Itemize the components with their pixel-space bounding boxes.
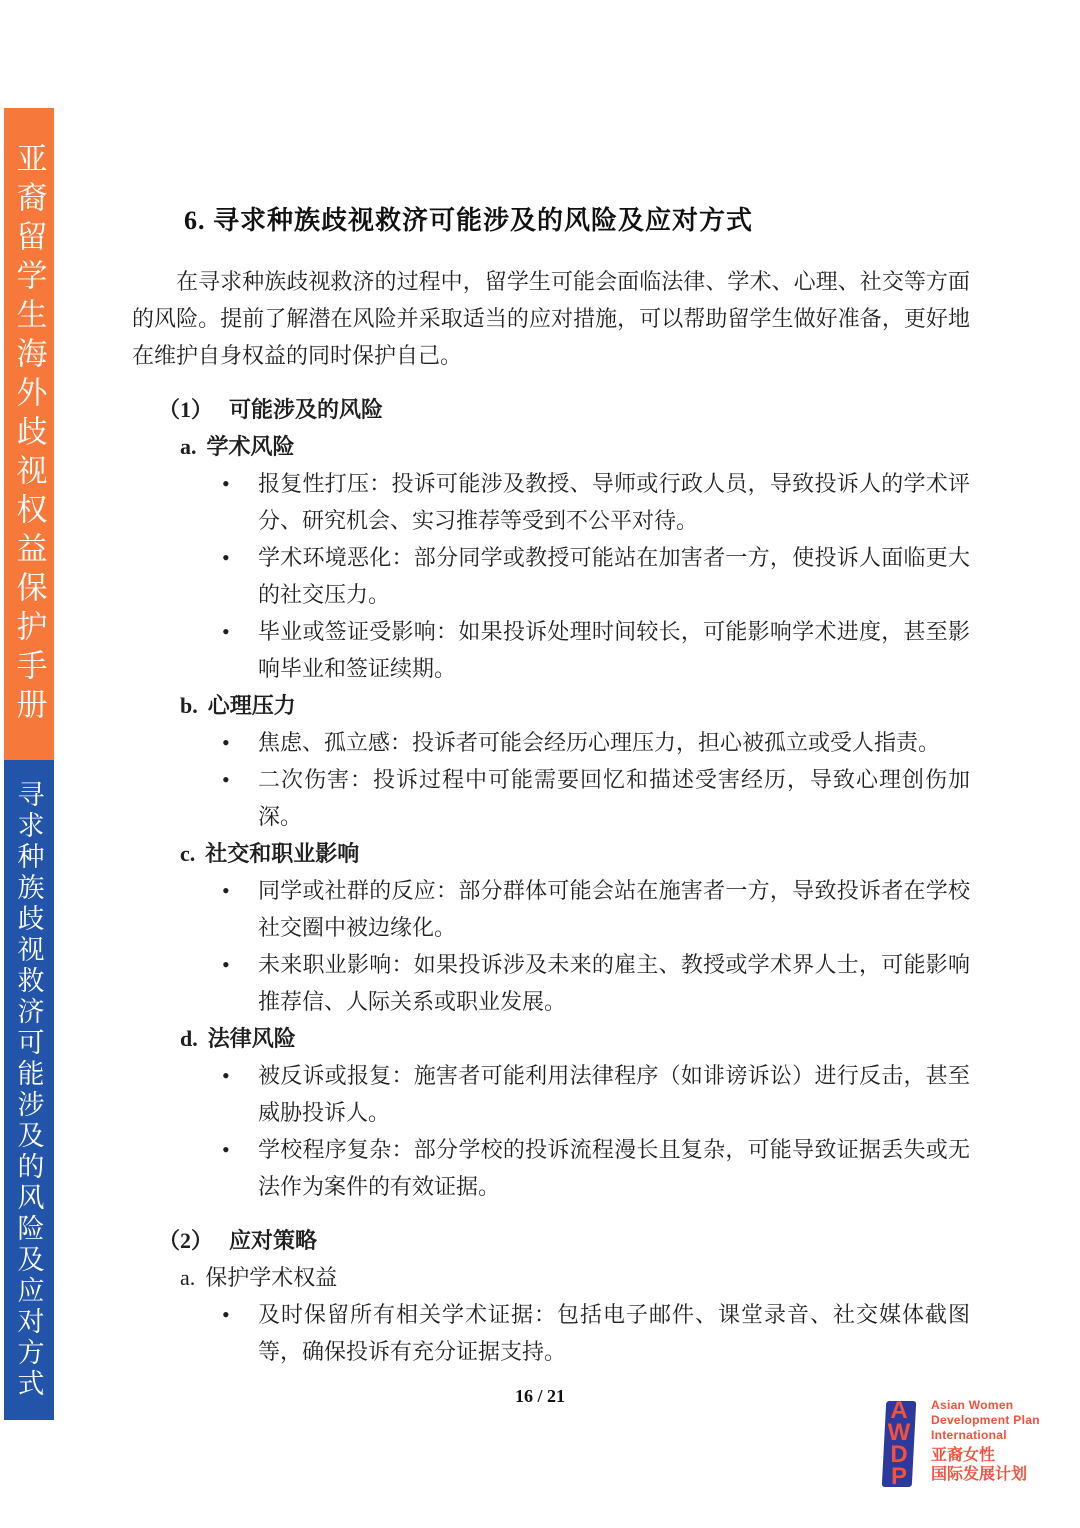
logo-en-line: International xyxy=(931,1428,1040,1443)
awdp-logo-letters: A W D P xyxy=(888,1400,911,1488)
group-a-list: 报复性打压：投诉可能涉及教授、导师或行政人员，导致投诉人的学术评分、研究机会、实… xyxy=(132,465,970,687)
list-item: 学术环境恶化：部分同学或教授可能站在加害者一方，使投诉人面临更大的社交压力。 xyxy=(132,539,970,613)
sidebar-band-top: 亚裔留学生海外歧视权益保护手册 xyxy=(4,108,54,760)
sidebar-band-top-text: 亚裔留学生海外歧视权益保护手册 xyxy=(7,142,52,727)
main-content: 6. 寻求种族歧视救济可能涉及的风险及应对方式 在寻求种族歧视救济的过程中，留学… xyxy=(132,200,970,1370)
list-item: 未来职业影响：如果投诉涉及未来的雇主、教授或学术界人士，可能影响推荐信、人际关系… xyxy=(132,946,970,1020)
logo-letter: P xyxy=(888,1466,911,1488)
list-item: 焦虑、孤立感：投诉者可能会经历心理压力，担心被孤立或受人指责。 xyxy=(132,724,970,761)
part1-heading: （1）可能涉及的风险 xyxy=(158,391,970,428)
sidebar-band-bottom: 寻求种族歧视救济可能涉及的风险及应对方式 xyxy=(4,760,54,1420)
list-item: 学校程序复杂：部分学校的投诉流程漫长且复杂，可能导致证据丢失或无法作为案件的有效… xyxy=(132,1131,970,1205)
part2-group-a-list: 及时保留所有相关学术证据：包括电子邮件、课堂录音、社交媒体截图等，确保投诉有充分… xyxy=(132,1296,970,1370)
group-c-heading-text: 社交和职业影响 xyxy=(205,841,359,866)
list-item: 被反诉或报复：施害者可能利用法律程序（如诽谤诉讼）进行反击，甚至威胁投诉人。 xyxy=(132,1057,970,1131)
group-a-label: a. xyxy=(180,434,197,459)
part2-group-a-heading-text: 保护学术权益 xyxy=(205,1265,337,1290)
awdp-logo-text: Asian Women Development Plan Internation… xyxy=(931,1398,1040,1484)
group-b-label: b. xyxy=(180,693,198,718)
part1-heading-text: 可能涉及的风险 xyxy=(229,397,383,422)
sidebar-band-bottom-text: 寻求种族歧视救济可能涉及的风险及应对方式 xyxy=(10,780,49,1400)
group-c-list: 同学或社群的反应：部分群体可能会站在施害者一方，导致投诉者在学校社交圈中被边缘化… xyxy=(132,872,970,1020)
group-c-label: c. xyxy=(180,841,195,866)
group-d-heading: d.法律风险 xyxy=(180,1020,970,1057)
part2-group-a-heading: a.保护学术权益 xyxy=(180,1259,970,1296)
group-a-heading-text: 学术风险 xyxy=(207,434,295,459)
list-item: 报复性打压：投诉可能涉及教授、导师或行政人员，导致投诉人的学术评分、研究机会、实… xyxy=(132,465,970,539)
group-a-heading: a.学术风险 xyxy=(180,428,970,465)
group-b-heading-text: 心理压力 xyxy=(208,693,296,718)
awdp-logo-name-zh: 亚裔女性 国际发展计划 xyxy=(931,1446,1040,1484)
list-item: 毕业或签证受影响：如果投诉处理时间较长，可能影响学术进度，甚至影响毕业和签证续期… xyxy=(132,613,970,687)
group-d-heading-text: 法律风险 xyxy=(208,1026,296,1051)
group-d-label: d. xyxy=(180,1026,198,1051)
list-item: 二次伤害：投诉过程中可能需要回忆和描述受害经历，导致心理创伤加深。 xyxy=(132,761,970,835)
part2-group-a-label: a. xyxy=(180,1265,195,1290)
logo-zh-line: 国际发展计划 xyxy=(931,1465,1040,1484)
list-item: 及时保留所有相关学术证据：包括电子邮件、课堂录音、社交媒体截图等，确保投诉有充分… xyxy=(132,1296,970,1370)
intro-paragraph: 在寻求种族歧视救济的过程中，留学生可能会面临法律、学术、心理、社交等方面的风险。… xyxy=(132,263,970,374)
part2-heading: （2）应对策略 xyxy=(158,1222,970,1259)
part2-heading-text: 应对策略 xyxy=(229,1228,317,1253)
logo-zh-line: 亚裔女性 xyxy=(931,1446,1040,1465)
group-b-heading: b.心理压力 xyxy=(180,687,970,724)
group-d-list: 被反诉或报复：施害者可能利用法律程序（如诽谤诉讼）进行反击，甚至威胁投诉人。 学… xyxy=(132,1057,970,1205)
part1-label: （1） xyxy=(158,397,213,422)
section-title: 6. 寻求种族歧视救济可能涉及的风险及应对方式 xyxy=(184,200,970,237)
list-item: 同学或社群的反应：部分群体可能会站在施害者一方，导致投诉者在学校社交圈中被边缘化… xyxy=(132,872,970,946)
logo-en-line: Development Plan xyxy=(931,1413,1040,1428)
document-page: 亚裔留学生海外歧视权益保护手册 寻求种族歧视救济可能涉及的风险及应对方式 6. … xyxy=(0,0,1080,1528)
logo-en-line: Asian Women xyxy=(931,1398,1040,1413)
awdp-logo-name-en: Asian Women Development Plan Internation… xyxy=(931,1398,1040,1443)
group-c-heading: c.社交和职业影响 xyxy=(180,835,970,872)
awdp-logo: A W D P Asian Women Development Plan Int… xyxy=(884,1398,1040,1487)
awdp-logo-pillar: A W D P xyxy=(882,1401,917,1487)
group-b-list: 焦虑、孤立感：投诉者可能会经历心理压力，担心被孤立或受人指责。 二次伤害：投诉过… xyxy=(132,724,970,835)
part2-label: （2） xyxy=(158,1228,213,1253)
